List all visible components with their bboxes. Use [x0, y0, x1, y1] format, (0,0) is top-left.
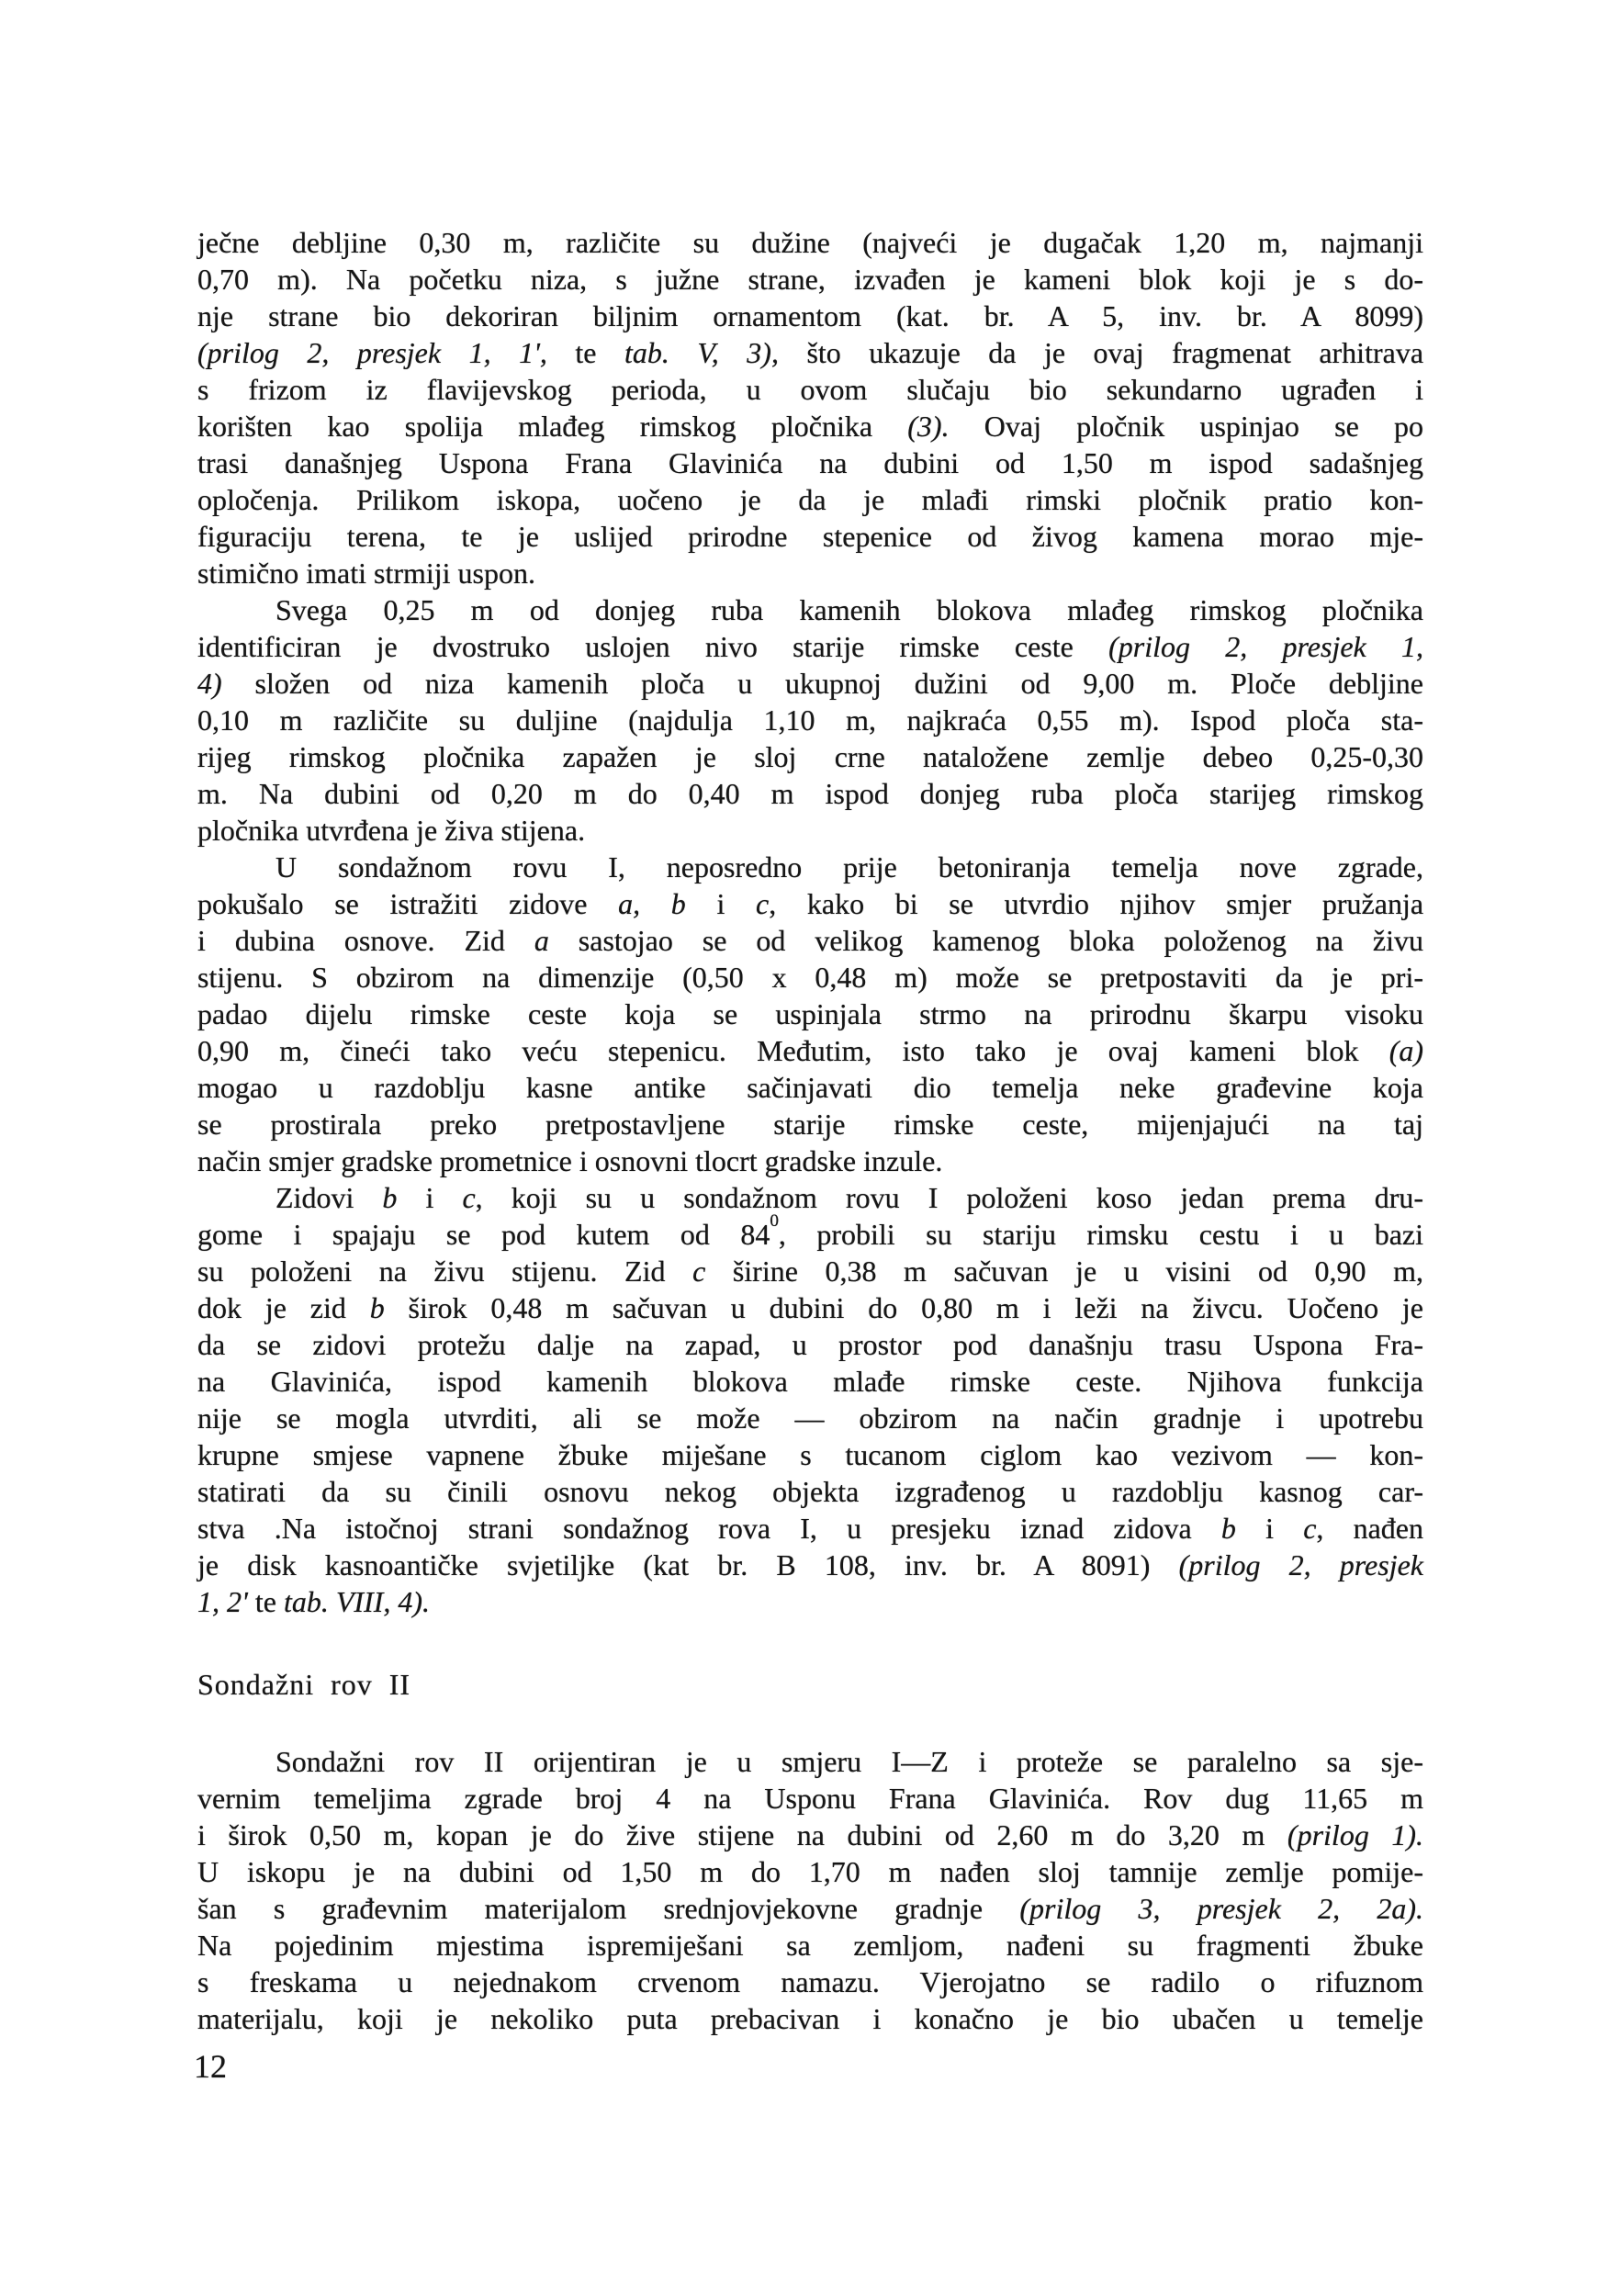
- text-line: korišten kao spolija mlađeg rimskog ploč…: [197, 408, 1423, 445]
- text-line: nje strane bio dekoriran biljnim ornamen…: [197, 298, 1423, 334]
- text-line: U iskopu je na dubini od 1,50 m do 1,70 …: [197, 1853, 1423, 1890]
- paragraph: Sondažni rov II orijentiran je u smjeru …: [197, 1743, 1423, 2037]
- text-line: 0,90 m, čineći tako veću stepenicu. Među…: [197, 1032, 1423, 1069]
- text-line: statirati da su činili osnovu nekog obje…: [197, 1473, 1423, 1510]
- text-line: da se zidovi protežu dalje na zapad, u p…: [197, 1326, 1423, 1363]
- text-line: ječne debljine 0,30 m, različite su duži…: [197, 224, 1423, 261]
- paragraph: ječne debljine 0,30 m, različite su duži…: [197, 224, 1423, 591]
- text-line: Zidovi b i c, koji su u sondažnom rovu I…: [197, 1179, 1423, 1216]
- text-line: figuraciju terena, te je uslijed prirodn…: [197, 518, 1423, 555]
- section-heading: Sondažni rov II: [197, 1666, 1423, 1703]
- text-line: identificiran je dvostruko uslojen nivo …: [197, 628, 1423, 665]
- text-line: Na pojedinim mjestima ispremiješani sa z…: [197, 1927, 1423, 1964]
- document-page: ječne debljine 0,30 m, različite su duži…: [0, 0, 1619, 2296]
- text-line: pokušalo se istražiti zidove a, b i c, k…: [197, 885, 1423, 922]
- text-line: U sondažnom rovu I, neposredno prije bet…: [197, 849, 1423, 885]
- text-line: 0,10 m različite su duljine (najdulja 1,…: [197, 702, 1423, 738]
- text-line: s frizom iz flavijevskog perioda, u ovom…: [197, 371, 1423, 408]
- text-line: Svega 0,25 m od donjeg ruba kamenih blok…: [197, 591, 1423, 628]
- text-line: i širok 0,50 m, kopan je do žive stijene…: [197, 1817, 1423, 1853]
- text-line: vernim temeljima zgrade broj 4 na Usponu…: [197, 1780, 1423, 1817]
- paragraph: U sondažnom rovu I, neposredno prije bet…: [197, 849, 1423, 1179]
- text-line: Sondažni rov II orijentiran je u smjeru …: [197, 1743, 1423, 1780]
- text-line: nije se mogla utvrditi, ali se može — ob…: [197, 1400, 1423, 1436]
- text-line: način smjer gradske prometnice i osnovni…: [197, 1142, 1423, 1179]
- text-line: trasi današnjeg Uspona Frana Glavinića n…: [197, 445, 1423, 481]
- text-line: stijenu. S obzirom na dimenzije (0,50 x …: [197, 959, 1423, 996]
- text-line: je disk kasnoantičke svjetiljke (kat br.…: [197, 1547, 1423, 1583]
- text-line: na Glavinića, ispod kamenih blokova mlađ…: [197, 1363, 1423, 1400]
- text-line: i dubina osnove. Zid a sastojao se od ve…: [197, 922, 1423, 959]
- paragraph: Zidovi b i c, koji su u sondažnom rovu I…: [197, 1179, 1423, 1620]
- text-line: su položeni na živu stijenu. Zid c širin…: [197, 1253, 1423, 1289]
- text-line: se prostirala preko pretpostavljene star…: [197, 1106, 1423, 1142]
- text-line: mogao u razdoblju kasne antike sačinjava…: [197, 1069, 1423, 1106]
- text-column: ječne debljine 0,30 m, različite su duži…: [197, 224, 1423, 2037]
- text-line: rijeg rimskog pločnika zapažen je sloj c…: [197, 738, 1423, 775]
- text-line: gome i spajaju se pod kutem od 840, prob…: [197, 1216, 1423, 1253]
- page-number: 12: [194, 2048, 227, 2085]
- text-line: materijalu, koji je nekoliko puta prebac…: [197, 2000, 1423, 2037]
- text-line: 4) složen od niza kamenih ploča u ukupno…: [197, 665, 1423, 702]
- text-line: pločnika utvrđena je živa stijena.: [197, 812, 1423, 849]
- text-line: šan s građevnim materijalom srednjovjeko…: [197, 1890, 1423, 1927]
- text-line: opločenja. Prilikom iskopa, uočeno je da…: [197, 481, 1423, 518]
- paragraph: Svega 0,25 m od donjeg ruba kamenih blok…: [197, 591, 1423, 849]
- text-line: 1, 2' te tab. VIII, 4).: [197, 1583, 1423, 1620]
- text-line: stva .Na istočnoj strani sondažnog rova …: [197, 1510, 1423, 1547]
- text-line: (prilog 2, presjek 1, 1', te tab. V, 3),…: [197, 334, 1423, 371]
- text-line: 0,70 m). Na početku niza, s južne strane…: [197, 261, 1423, 298]
- text-line: krupne smjese vapnene žbuke miješane s t…: [197, 1436, 1423, 1473]
- text-line: dok je zid b širok 0,48 m sačuvan u dubi…: [197, 1289, 1423, 1326]
- text-line: padao dijelu rimske ceste koja se uspinj…: [197, 996, 1423, 1032]
- text-line: s freskama u nejednakom crvenom namazu. …: [197, 1964, 1423, 2000]
- text-line: m. Na dubini od 0,20 m do 0,40 m ispod d…: [197, 775, 1423, 812]
- text-line: stimično imati strmiji uspon.: [197, 555, 1423, 591]
